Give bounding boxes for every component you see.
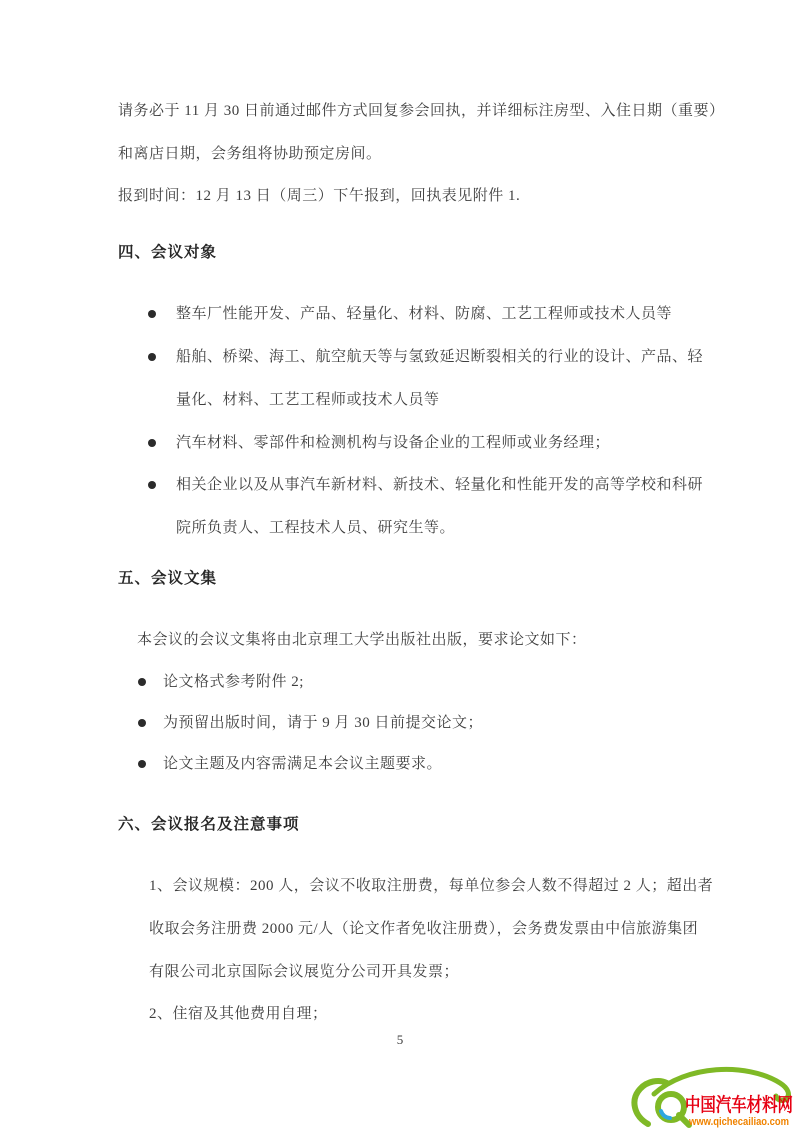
section-heading-proceedings: 五、会议文集 [118,569,217,589]
registration-item-1-line-3: 有限公司北京国际会议展览分公司开具发票； [149,962,459,982]
registration-item-1-line-1: 1、会议规模：200 人，会议不收取注册费，每单位参会人数不得超过 2 人；超出… [149,876,713,896]
bullet-icon [148,310,156,318]
attendees-bullet-4-line-1: 相关企业以及从事汽车新材料、新技术、轻量化和性能开发的高等学校和科研 [176,475,703,495]
registration-item-2: 2、住宿及其他费用自理； [149,1004,328,1024]
logo-site-url: www.qichecailiao.com [688,1116,789,1128]
proceedings-bullet-3: 论文主题及内容需满足本会议主题要求。 [163,754,442,774]
bullet-icon [138,719,146,727]
intro-line-2: 和离店日期，会务组将协助预定房间。 [118,144,382,164]
bullet-icon [148,481,156,489]
q-blue-accent-icon [661,1111,670,1118]
attendees-bullet-3: 汽车材料、零部件和检测机构与设备企业的工程师或业务经理； [176,433,610,453]
bullet-icon [148,353,156,361]
section-heading-registration: 六、会议报名及注意事项 [118,815,300,835]
q-tail-icon [679,1115,689,1125]
attendees-bullet-4-line-2: 院所负责人、工程技术人员、研究生等。 [176,518,455,538]
proceedings-bullet-2: 为预留出版时间，请于 9 月 30 日前提交论文； [163,713,483,733]
bullet-icon [138,678,146,686]
attendees-bullet-2-line-1: 船舶、桥梁、海工、航空航天等与氢致延迟断裂相关的行业的设计、产品、轻 [176,347,703,367]
qichecailiao-watermark-logo: 中国汽车材料网 www.qichecailiao.com [628,1058,800,1131]
attendees-bullet-2-line-2: 量化、材料、工艺工程师或技术人员等 [176,390,440,410]
attendees-bullet-1: 整车厂性能开发、产品、轻量化、材料、防腐、工艺工程师或技术人员等 [176,304,672,324]
checkin-time-line: 报到时间：12 月 13 日（周三）下午报到，回执表见附件 1. [118,186,520,206]
document-page: 请务必于 11 月 30 日前通过邮件方式回复参会回执，并详细标注房型、入住日期… [0,0,800,1131]
page-number: 5 [0,1032,800,1048]
registration-item-1-line-2: 收取会务注册费 2000 元/人（论文作者免收注册费），会务费发票由中信旅游集团 [149,919,698,939]
bullet-icon [148,439,156,447]
proceedings-bullet-1: 论文格式参考附件 2; [163,672,304,692]
bullet-icon [138,760,146,768]
section-heading-attendees: 四、会议对象 [118,243,217,263]
proceedings-intro: 本会议的会议文集将由北京理工大学出版社出版，要求论文如下： [137,630,587,650]
logo-site-name: 中国汽车材料网 [685,1093,793,1116]
intro-line-1: 请务必于 11 月 30 日前通过邮件方式回复参会回执，并详细标注房型、入住日期… [118,101,724,121]
